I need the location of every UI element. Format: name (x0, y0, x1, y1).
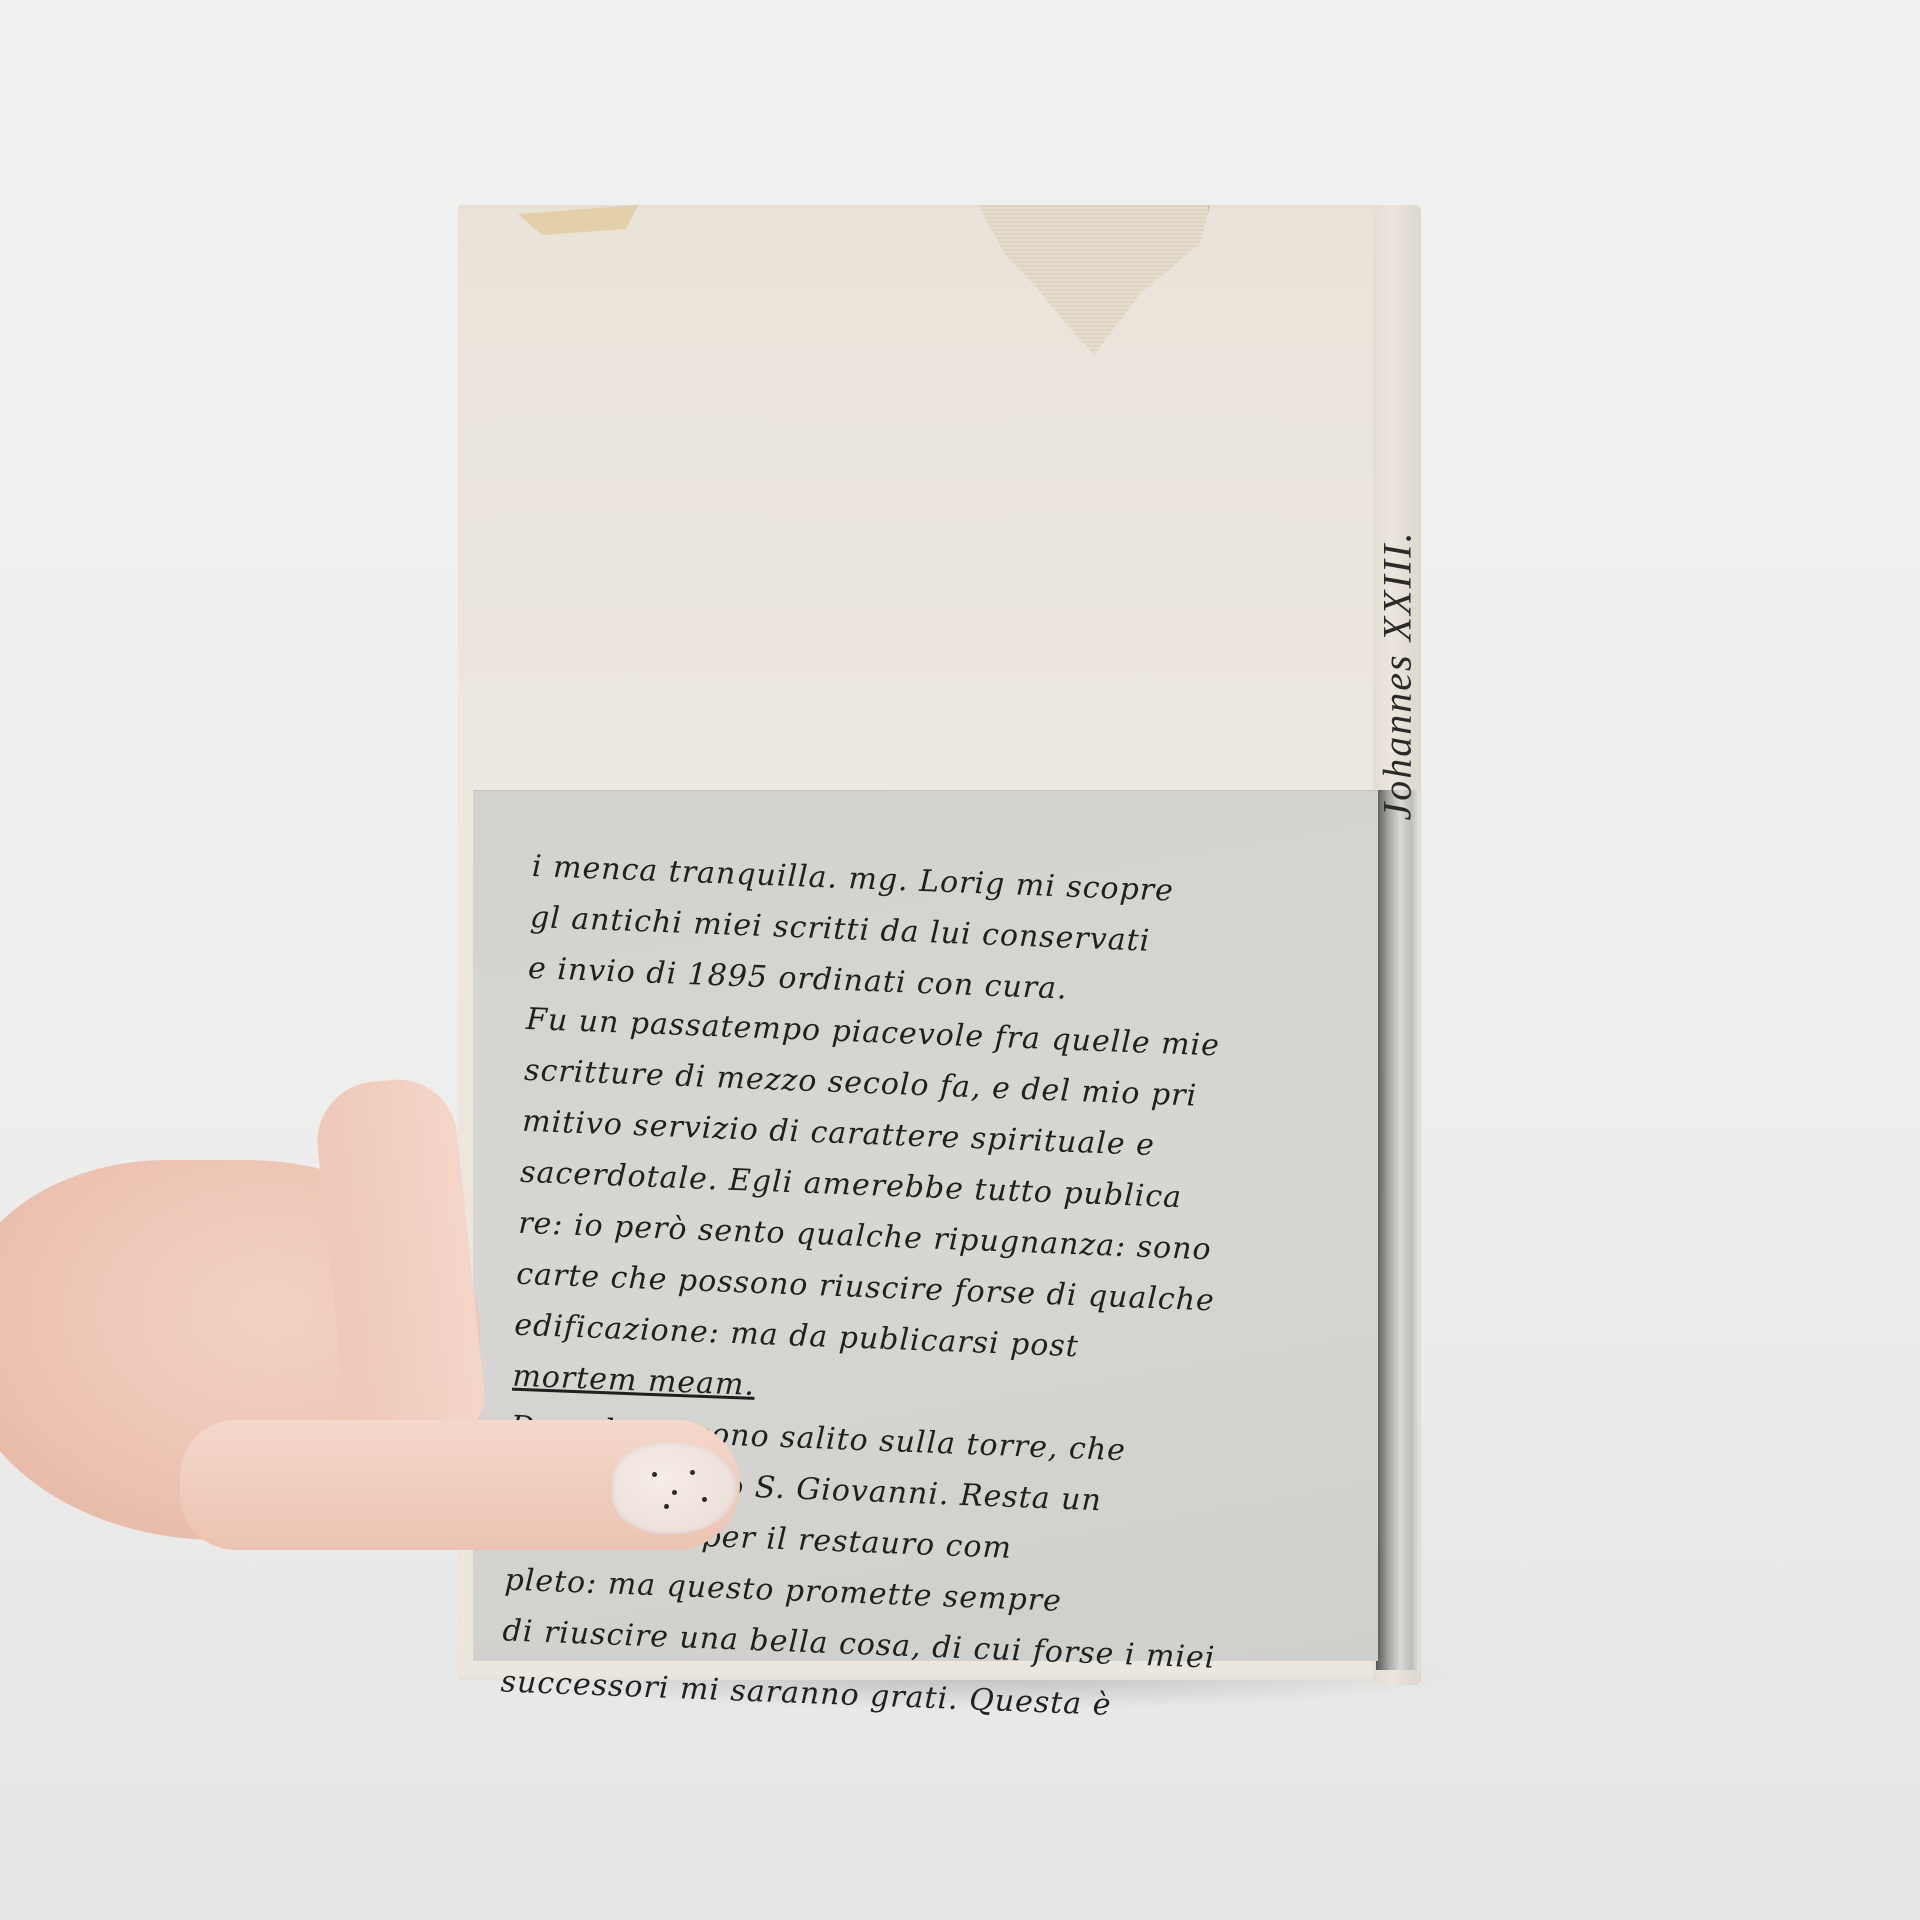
photo-scene: Johannes XXIII. i menca tranquilla. mg. … (0, 0, 1920, 1920)
spine-title-text: Johannes XXIII. (1374, 530, 1421, 820)
glitter-nail (612, 1442, 737, 1534)
hand (0, 1080, 760, 1600)
spine-title: Johannes XXIII. (1373, 415, 1421, 935)
